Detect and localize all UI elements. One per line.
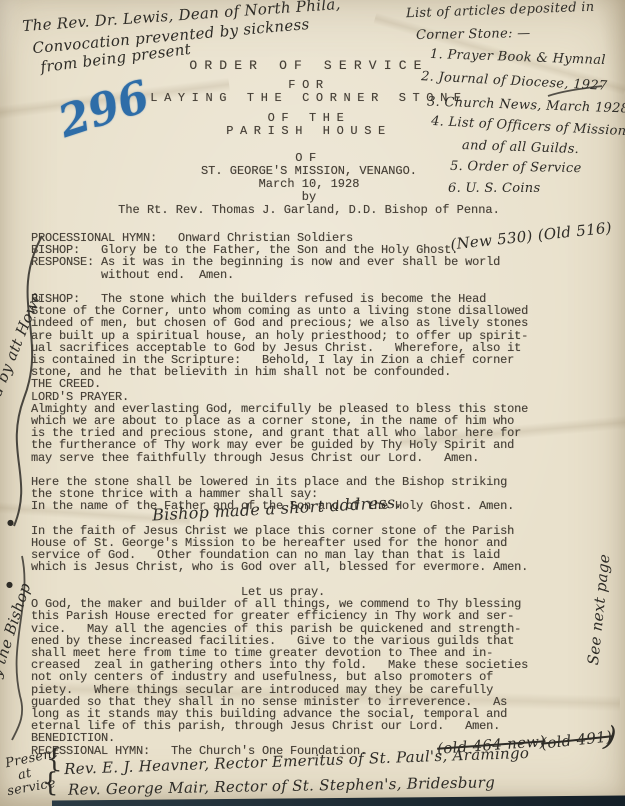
scanned-document-page: 296 ORDER OF SERVICE FOR LAYING THE CORN…: [0, 0, 625, 806]
deposit-list-item-5: 5. Order of Service: [450, 159, 582, 176]
deposit-list-heading-2: Corner Stone: —: [416, 26, 531, 43]
margin-note-see-next-page: See next page: [584, 395, 625, 665]
ink-mark: ●: [6, 580, 13, 589]
ink-mark: ●: [7, 518, 14, 527]
brace-mark: {: [42, 768, 59, 798]
processional-hymn-numbers: (New 530) (Old 516): [450, 219, 613, 254]
typed-body-text: PROCESSIONAL HYMN: Onward Christian Sold…: [31, 232, 528, 757]
deposit-list-heading-1: List of articles deposited in: [406, 0, 595, 21]
title-bishop-name: The Rt. Rev. Thomas J. Garland, D.D. Bis…: [0, 204, 618, 217]
deposit-list-item-6: 6. U. S. Coins: [448, 181, 540, 196]
present-name-2: Rev. George Mair, Rector of St. Stephen'…: [68, 773, 495, 798]
closing-paren-flourish: ): [602, 719, 619, 753]
